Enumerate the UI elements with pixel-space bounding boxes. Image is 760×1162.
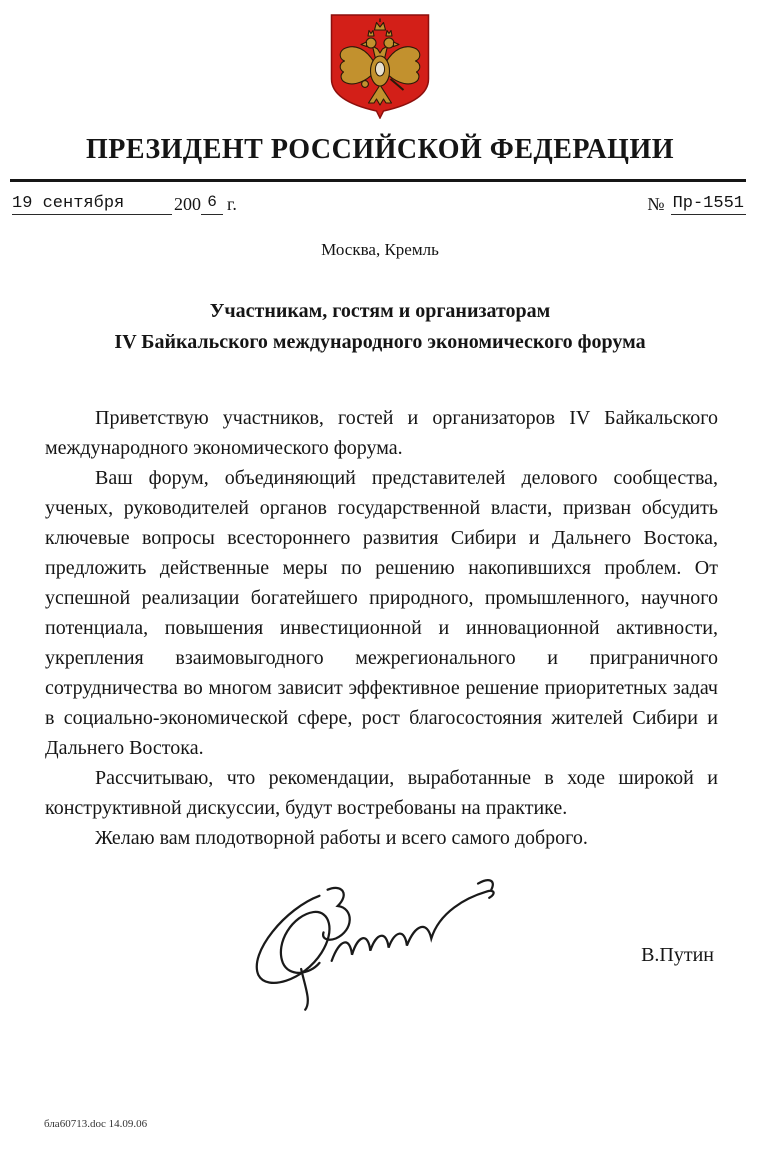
paragraph: Желаю вам плодотворной работы и всего са… — [45, 823, 718, 853]
year-digit-box: 6 — [201, 194, 223, 215]
year-digit: 6 — [207, 193, 217, 211]
letter-page: ПРЕЗИДЕНТ РОССИЙСКОЙ ФЕДЕРАЦИИ 19 сентяб… — [0, 0, 760, 1162]
addressee-line-1: Участникам, гостям и организаторам — [0, 296, 760, 327]
date-group: 19 сентября 200 6 г. — [12, 194, 237, 215]
footer-file-note: бла60713.doc 14.09.06 — [44, 1118, 147, 1130]
russian-coat-of-arms-icon — [329, 13, 432, 119]
year-prefix: 200 — [174, 194, 201, 215]
header-divider — [10, 179, 746, 182]
place-line: Москва, Кремль — [0, 240, 760, 260]
letter-body: Приветствую участников, гостей и организ… — [45, 403, 718, 853]
document-number-group: № Пр-1551 — [647, 194, 746, 215]
paragraph: Ваш форум, объединяющий представителей д… — [45, 463, 718, 763]
paragraph: Рассчитываю, что рекомендации, выработан… — [45, 763, 718, 823]
date-number-row: 19 сентября 200 6 г. № Пр-1551 — [12, 194, 746, 215]
number-sign: № — [647, 194, 664, 215]
year-suffix: г. — [227, 194, 237, 215]
signatory-name: В.Путин — [641, 944, 714, 967]
paragraph: Приветствую участников, гостей и организ… — [45, 403, 718, 463]
addressee-heading: Участникам, гостям и организаторам IV Ба… — [0, 296, 760, 358]
date-value: 19 сентября — [12, 194, 172, 215]
org-title: ПРЕЗИДЕНТ РОССИЙСКОЙ ФЕДЕРАЦИИ — [0, 134, 760, 166]
addressee-line-2: IV Байкальского международного экономиче… — [0, 327, 760, 358]
document-number: Пр-1551 — [671, 194, 746, 215]
putin-signature-image — [230, 866, 535, 1011]
